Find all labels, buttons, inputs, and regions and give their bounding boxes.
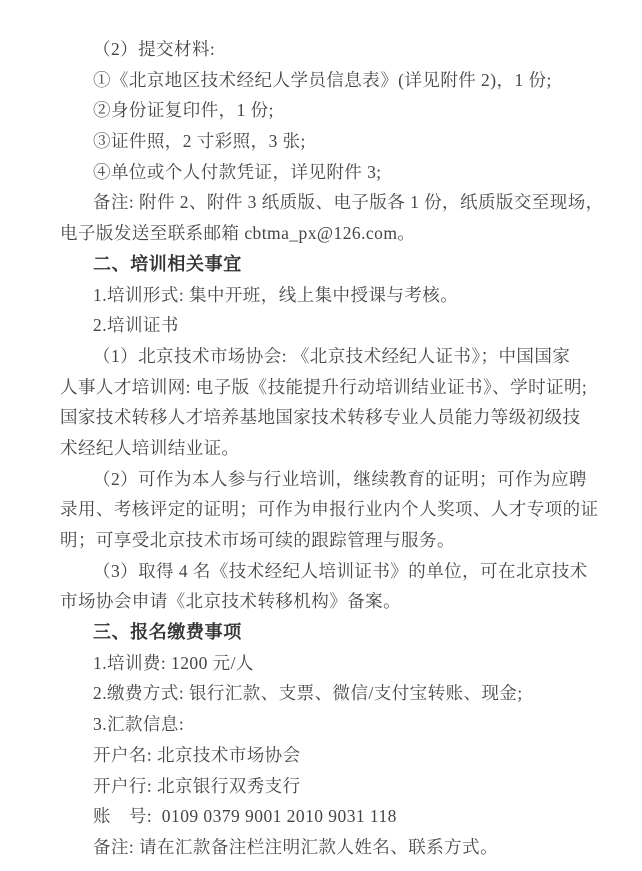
para-submit-materials: （2）提交材料:	[60, 34, 586, 65]
para-cert-1-line4: 术经纪人培训结业证。	[60, 433, 586, 464]
item-info-form: ①《北京地区技术经纪人学员信息表》(详见附件 2)，1 份;	[60, 65, 586, 96]
para-cert-1-line2: 人事人才培训网: 电子版《技能提升行动培训结业证书》、学时证明;	[60, 372, 586, 403]
note-attachments-line2: 电子版发送至联系邮箱 cbtma_px@126.com。	[60, 218, 586, 249]
para-cert-1-line3: 国家技术转移人才培养基地国家技术转移专业人员能力等级初级技	[60, 402, 586, 433]
para-cert-2-line2: 录用、考核评定的证明；可作为申报行业内个人奖项、人才专项的证	[60, 494, 586, 525]
para-bank-branch: 开户行: 北京银行双秀支行	[60, 771, 586, 802]
para-training-fee: 1.培训费: 1200 元/人	[60, 648, 586, 679]
para-remittance-info: 3.汇款信息:	[60, 709, 586, 740]
item-id-copy: ②身份证复印件，1 份;	[60, 95, 586, 126]
para-cert-1-line1: （1）北京技术市场协会: 《北京技术经纪人证书》；中国国家	[60, 341, 586, 372]
para-cert-2-line3: 明；可享受北京技术市场可续的跟踪管理与服务。	[60, 525, 586, 556]
para-training-format: 1.培训形式: 集中开班，线上集中授课与考核。	[60, 280, 586, 311]
document-page: （2）提交材料: ①《北京地区技术经纪人学员信息表》(详见附件 2)，1 份; …	[0, 0, 642, 871]
item-photo: ③证件照，2 寸彩照，3 张;	[60, 126, 586, 157]
para-cert-3-line1: （3）取得 4 名《技术经纪人培训证书》的单位，可在北京技术	[60, 556, 586, 587]
heading-training-matters: 二、培训相关事宜	[60, 249, 586, 280]
note-attachments-line1: 备注: 附件 2、附件 3 纸质版、电子版各 1 份，纸质版交至现场，	[60, 187, 586, 218]
para-training-certificates: 2.培训证书	[60, 310, 586, 341]
para-payment-methods: 2.缴费方式: 银行汇款、支票、微信/支付宝转账、现金;	[60, 678, 586, 709]
para-account-number: 账 号: 0109 0379 9001 2010 9031 118	[60, 801, 586, 832]
heading-registration-payment: 三、报名缴费事项	[60, 617, 586, 648]
para-account-name: 开户名: 北京技术市场协会	[60, 740, 586, 771]
para-cert-3-line2: 市场协会申请《北京技术转移机构》备案。	[60, 586, 586, 617]
para-remittance-note: 备注: 请在汇款备注栏注明汇款人姓名、联系方式。	[60, 832, 586, 863]
item-payment-voucher: ④单位或个人付款凭证，详见附件 3;	[60, 157, 586, 188]
para-cert-2-line1: （2）可作为本人参与行业培训，继续教育的证明；可作为应聘	[60, 464, 586, 495]
